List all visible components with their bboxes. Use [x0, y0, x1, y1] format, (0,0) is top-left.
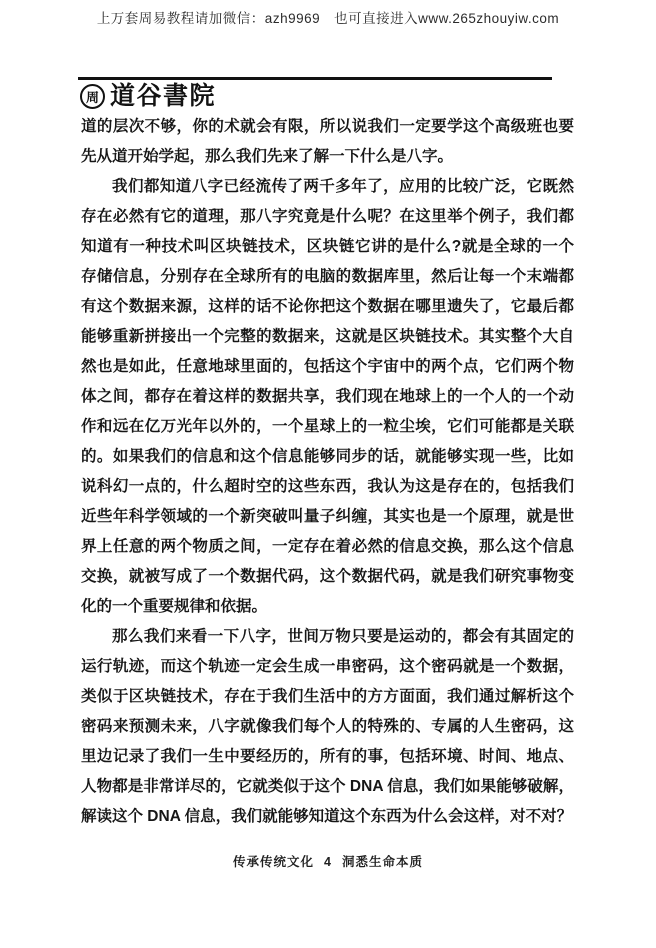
body-line: 先从道开始学起，那么我们先来了解一下什么是八字。: [81, 142, 574, 172]
body-line: 里边记录了我们一生中要经历的，所有的事，包括环境、时间、地点、: [81, 742, 574, 772]
daogu-seal-icon: 周: [80, 84, 105, 109]
body-line: 界上任意的两个物质之间，一定存在着必然的信息交换，那么这个信息: [81, 532, 574, 562]
footer-right-text: 洞悉生命本质: [342, 855, 423, 869]
body-line: 近些年科学领域的一个新突破叫量子纠缠，其实也是一个原理，就是世: [81, 502, 574, 532]
body-line: 知道有一种技术叫区块链技术，区块链它讲的是什么?就是全球的一个: [81, 232, 574, 262]
footer-left-text: 传承传统文化: [233, 855, 314, 869]
header-rule: [78, 77, 552, 80]
body-line: 运行轨迹，而这个轨迹一定会生成一串密码，这个密码就是一个数据，: [81, 652, 574, 682]
body-line: 的。如果我们的信息和这个信息能够同步的话，就能够实现一些，比如: [81, 442, 574, 472]
brand-title: 道谷書院: [110, 84, 216, 109]
body-line: 我们都知道八字已经流传了两千多年了，应用的比较广泛，它既然: [81, 172, 574, 202]
body-line: 存储信息，分别存在全球所有的电脑的数据库里，然后让每一个末端都: [81, 262, 574, 292]
body-line: 化的一个重要规律和依据。: [81, 592, 574, 622]
header-notice: 上万套周易教程请加微信：azh9969 也可直接进入www.265zhouyiw…: [0, 7, 656, 27]
body-line: 说科幻一点的，什么超时空的这些东西，我认为这是存在的，包括我们: [81, 472, 574, 502]
body-line: 作和远在亿万光年以外的，一个星球上的一粒尘埃，它们可能都是关联: [81, 412, 574, 442]
page-footer: 传承传统文化4洞悉生命本质: [0, 852, 656, 870]
body-line: 有这个数据来源，这样的话不论你把这个数据在哪里遗失了，它最后都: [81, 292, 574, 322]
body-line: 密码来预测未来，八字就像我们每个人的特殊的、专属的人生密码，这: [81, 712, 574, 742]
body-line: 体之间，都存在着这样的数据共享，我们现在地球上的一个人的一个动: [81, 382, 574, 412]
body-line: 解读这个 DNA 信息，我们就能够知道这个东西为什么会这样，对不对？: [81, 802, 574, 832]
body-line: 能够重新拼接出一个完整的数据来，这就是区块链技术。其实整个大自: [81, 322, 574, 352]
brand-header: 周 道谷書院: [80, 84, 216, 109]
body-line: 道的层次不够，你的术就会有限，所以说我们一定要学这个高级班也要: [81, 112, 574, 142]
scanned-page: 上万套周易教程请加微信：azh9969 也可直接进入www.265zhouyiw…: [0, 0, 656, 948]
body-line: 存在必然有它的道理，那八字究竟是什么呢？在这里举个例子，我们都: [81, 202, 574, 232]
body-line: 类似于区块链技术，存在于我们生活中的方方面面，我们通过解析这个: [81, 682, 574, 712]
body-line: 然也是如此，任意地球里面的，包括这个宇宙中的两个点，它们两个物: [81, 352, 574, 382]
body-line: 人物都是非常详尽的，它就类似于这个 DNA 信息，我们如果能够破解，: [81, 772, 574, 802]
body-text: 道的层次不够，你的术就会有限，所以说我们一定要学这个高级班也要 先从道开始学起，…: [81, 112, 574, 832]
body-line: 那么我们来看一下八字，世间万物只要是运动的，都会有其固定的: [81, 622, 574, 652]
body-line: 交换，就被写成了一个数据代码，这个数据代码，就是我们研究事物变: [81, 562, 574, 592]
footer-page-number: 4: [324, 855, 332, 869]
